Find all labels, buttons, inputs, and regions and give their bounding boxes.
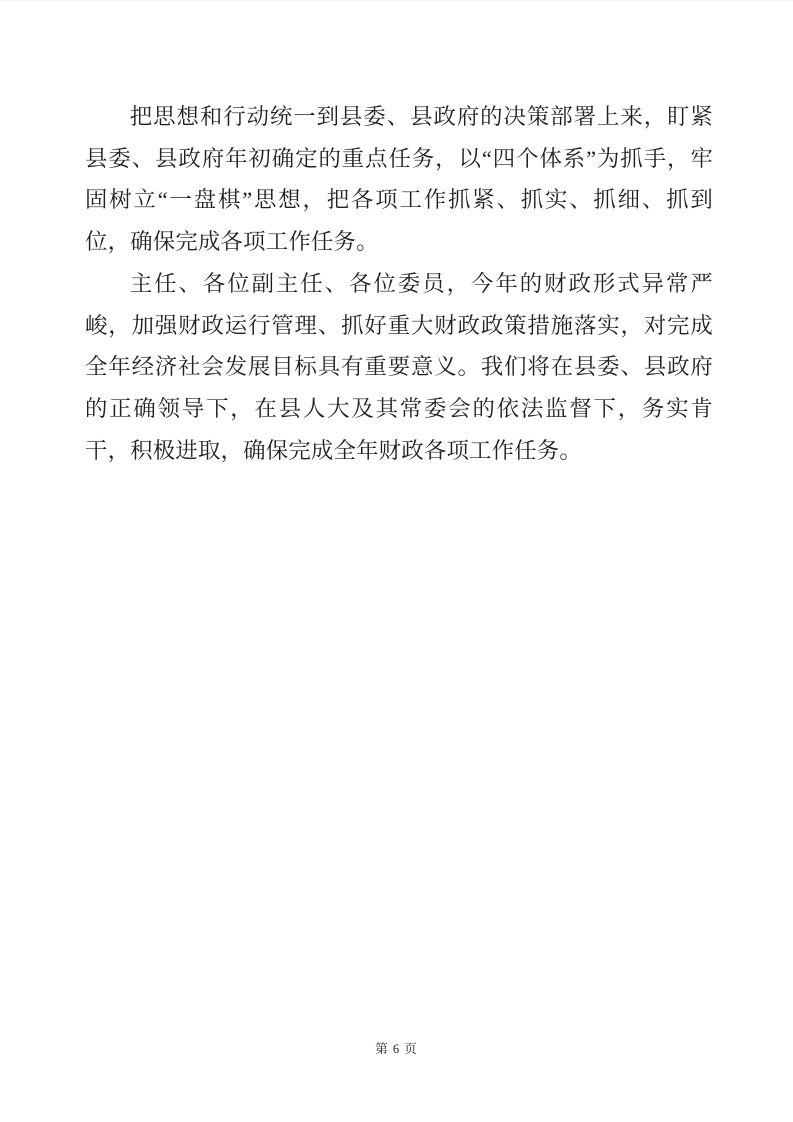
document-body: 把思想和行动统一到县委、县政府的决策部署上来，盯紧县委、县政府年初确定的重点任务… <box>85 96 713 471</box>
page-number: 第 6 页 <box>375 1042 418 1056</box>
document-page: 把思想和行动统一到县委、县政府的决策部署上来，盯紧县委、县政府年初确定的重点任务… <box>0 0 793 1122</box>
paragraph-1: 把思想和行动统一到县委、县政府的决策部署上来，盯紧县委、县政府年初确定的重点任务… <box>85 96 713 263</box>
paragraph-2: 主任、各位副主任、各位委员，今年的财政形式异常严峻，加强财政运行管理、抓好重大财… <box>85 263 713 472</box>
page-footer: 第 6 页 <box>0 1039 793 1058</box>
